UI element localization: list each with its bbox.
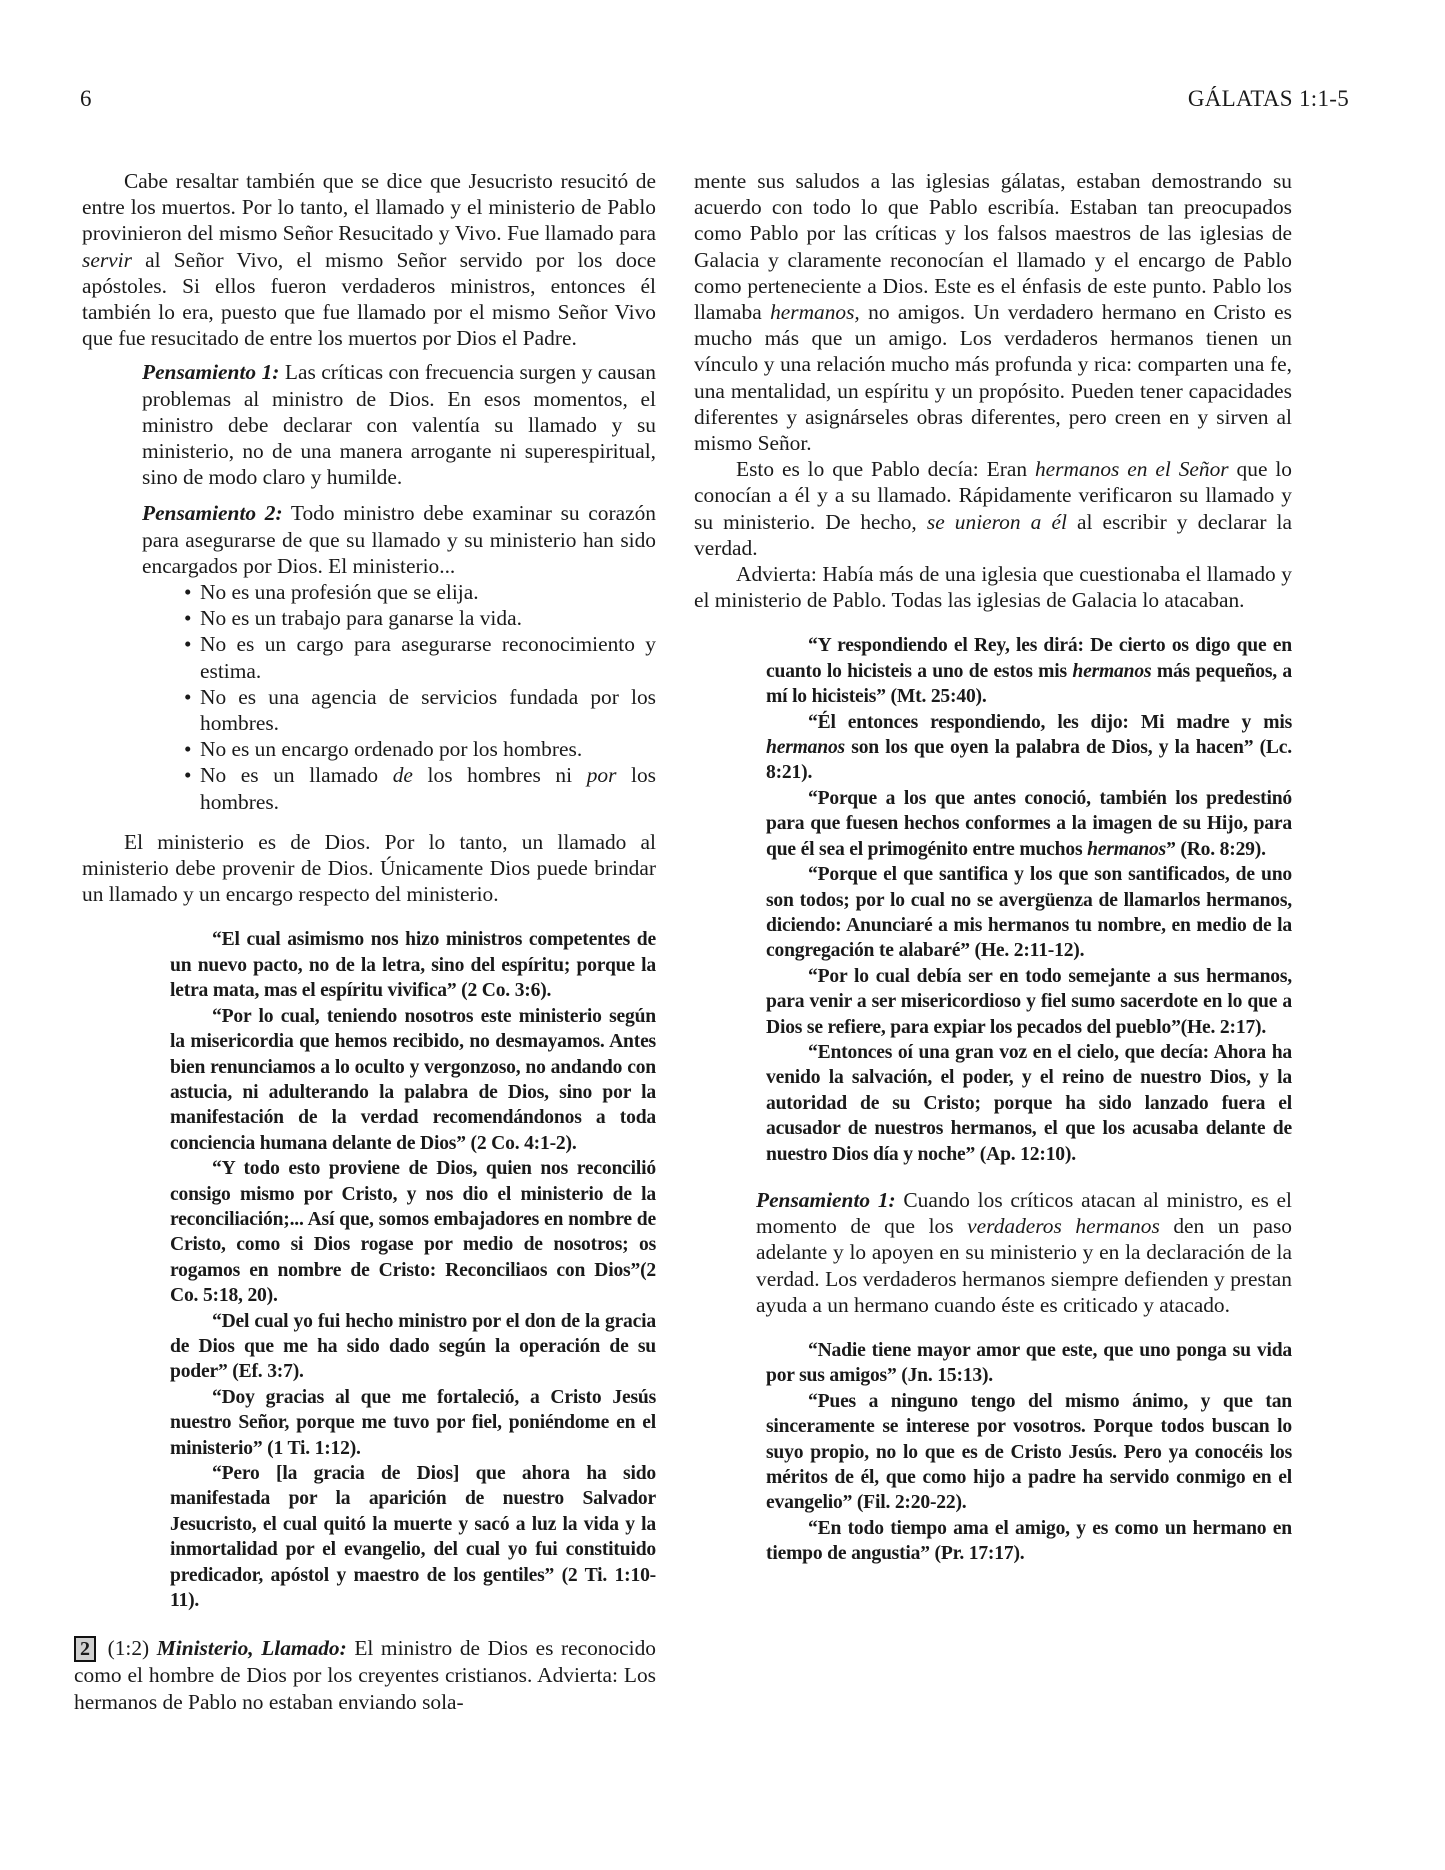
list-item: No es una profesión que se elija.	[184, 579, 656, 605]
section-number-box: 2	[74, 1636, 96, 1662]
list-item: No es una agencia de servicios fundada p…	[184, 684, 656, 736]
section-2-paragraph: 2 (1:2) Ministerio, Llamado: El ministro…	[74, 1635, 656, 1714]
scripture-quotes: “El cual asimismo nos hizo ministros com…	[170, 927, 656, 1613]
scripture-quote: “Doy gracias al que me fortaleció, a Cri…	[170, 1385, 656, 1461]
scripture-quote: “Entonces oí una gran voz en el cielo, q…	[766, 1040, 1292, 1167]
scripture-quotes: “Y respondiendo el Rey, les dirá: De cie…	[766, 633, 1292, 1167]
thought-label: Pensamiento 1:	[142, 360, 279, 384]
bullet-list: No es una profesión que se elija. No es …	[184, 579, 656, 815]
list-item: No es un encargo ordenado por los hombre…	[184, 736, 656, 762]
section-label: Ministerio, Llamado:	[157, 1636, 347, 1660]
scripture-quote: “Porque a los que antes conoció, también…	[766, 786, 1292, 862]
left-column: Cabe resaltar también que se dice que Je…	[82, 168, 656, 1715]
scripture-quote: “Por lo cual, teniendo nosotros este min…	[170, 1004, 656, 1156]
running-head: GÁLATAS 1:1-5	[1188, 86, 1349, 112]
scripture-quote: “En todo tiempo ama el amigo, y es como …	[766, 1516, 1292, 1567]
scripture-quote: “Pues a ninguno tengo del mismo ánimo, y…	[766, 1389, 1292, 1516]
scripture-quote: “Del cual yo fui hecho ministro por el d…	[170, 1309, 656, 1385]
thought-right: Pensamiento 1: Cuando los críticos ataca…	[756, 1187, 1292, 1318]
thought-label: Pensamiento 2:	[142, 501, 283, 525]
page-number: 6	[80, 86, 92, 112]
body-paragraph: El ministerio es de Dios. Por lo tanto, …	[82, 829, 656, 908]
thought-2: Pensamiento 2: Todo ministro debe examin…	[142, 500, 656, 814]
body-paragraph: Advierta: Había más de una iglesia que c…	[694, 561, 1292, 613]
body-paragraph: Esto es lo que Pablo decía: Eran hermano…	[694, 456, 1292, 561]
scripture-quote: “Nadie tiene mayor amor que este, que un…	[766, 1338, 1292, 1389]
scripture-quote: “Porque el que santifica y los que son s…	[766, 862, 1292, 964]
body-paragraph: Cabe resaltar también que se dice que Je…	[82, 168, 656, 351]
right-column: mente sus saludos a las iglesias gálatas…	[694, 168, 1292, 1567]
thought-label: Pensamiento 1:	[756, 1188, 896, 1212]
scripture-quote: “Y todo esto proviene de Dios, quien nos…	[170, 1156, 656, 1308]
body-paragraph: mente sus saludos a las iglesias gálatas…	[694, 168, 1292, 456]
scripture-quotes: “Nadie tiene mayor amor que este, que un…	[766, 1338, 1292, 1567]
scripture-quote: “Y respondiendo el Rey, les dirá: De cie…	[766, 633, 1292, 709]
list-item: No es un llamado de los hombres ni por l…	[184, 762, 656, 814]
scripture-quote: “Pero [la gracia de Dios] que ahora ha s…	[170, 1461, 656, 1613]
list-item: No es un trabajo para ganarse la vida.	[184, 605, 656, 631]
thought-1: Pensamiento 1: Las críticas con frecuenc…	[142, 359, 656, 490]
scripture-quote: “El cual asimismo nos hizo ministros com…	[170, 927, 656, 1003]
list-item: No es un cargo para asegurarse reconocim…	[184, 631, 656, 683]
scripture-quote: “Él entonces respondiendo, les dijo: Mi …	[766, 710, 1292, 786]
scripture-quote: “Por lo cual debía ser en todo semejante…	[766, 964, 1292, 1040]
